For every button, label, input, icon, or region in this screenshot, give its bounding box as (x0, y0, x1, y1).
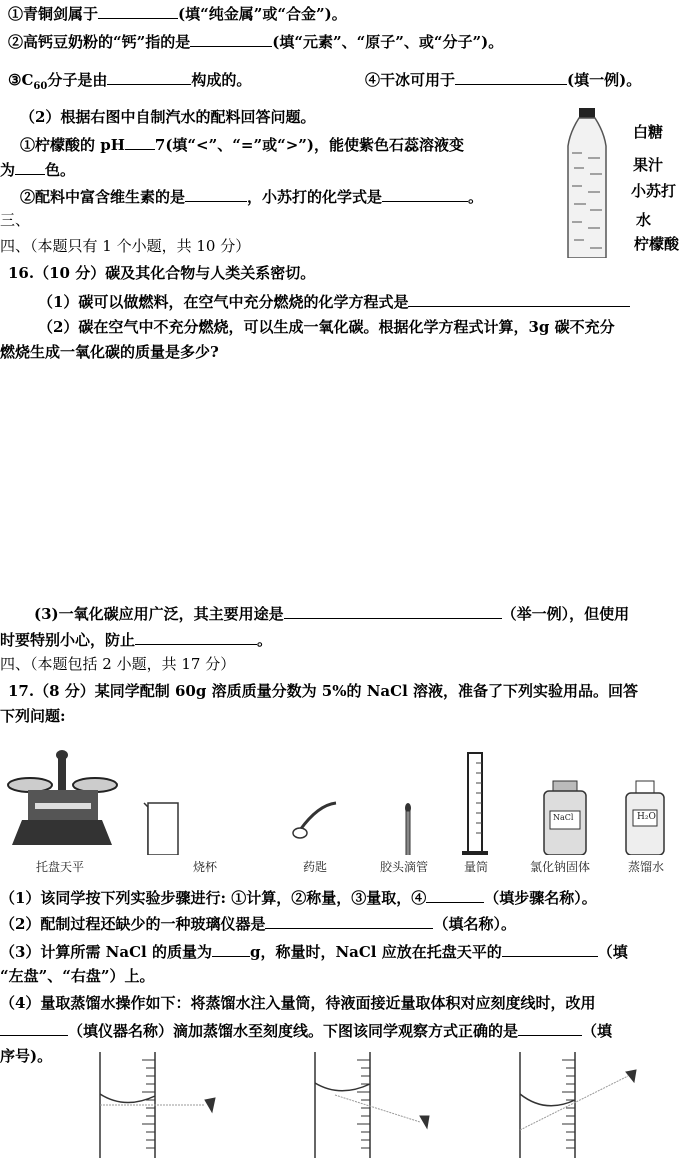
answer-blank[interactable] (265, 912, 433, 929)
section-3-label: 三、 (0, 210, 30, 230)
question-text: 构成的。 (191, 71, 251, 89)
question-text: (填“元素”、“原子”、或“分子”)。 (272, 33, 503, 51)
answer-blank[interactable] (15, 158, 45, 175)
question-text: (填一例)。 (567, 71, 641, 89)
equipment-label: 托盘天平 (36, 858, 84, 875)
question-text: （填仪器名称）滴加蒸馏水至刻度线。下图该同学观察方式正确的是 (68, 1022, 518, 1040)
ingredient-label: 水 (636, 210, 651, 230)
q17-step4-line2: （填仪器名称）滴加蒸馏水至刻度线。下图该同学观察方式正确的是（填 (0, 1019, 612, 1041)
lab-equipment-figure (0, 745, 689, 855)
q16-part3-line2: 时要特别小心，防止。 (0, 628, 272, 650)
answer-blank[interactable] (125, 133, 155, 150)
question-text: ②高钙豆奶粉的“钙”指的是 (8, 33, 190, 51)
answer-blank[interactable] (518, 1019, 582, 1036)
equipment-label: 胶头滴管 (380, 858, 428, 875)
ingredient-label: 白糖 (633, 122, 663, 142)
subscript: 60 (33, 81, 47, 92)
question-text: (填“纯金属”或“合金”)。 (178, 5, 347, 23)
equipment-label: 量筒 (464, 858, 488, 875)
question-text: (3)一氧化碳应用广泛，其主要用途是 (34, 605, 284, 623)
answer-blank[interactable] (135, 628, 257, 645)
ingredient-label: 果汁 (633, 155, 663, 175)
reading-option-3-icon (520, 1052, 636, 1158)
answer-blank[interactable] (107, 68, 191, 85)
q17-title-line2: 下列问题: (0, 706, 66, 726)
q17-title-line1: 17.（8 分）某同学配制 60g 溶质质量分数为 5%的 NaCl 溶液，准备… (8, 681, 638, 701)
reading-option-2-icon (315, 1052, 429, 1158)
question-text: 为 (0, 161, 15, 179)
q17-step3-line2: “左盘”、“右盘”）上。 (0, 966, 155, 986)
question-text: （填名称）。 (433, 915, 516, 933)
answer-blank[interactable] (190, 30, 272, 47)
meniscus-reading-figure (90, 1050, 650, 1160)
q16-part1: （1）碳可以做燃料，在空气中充分燃烧的化学方程式是 (38, 290, 630, 312)
question-text: （填 (582, 1022, 612, 1040)
question-text: g，称量时，NaCl 应放在托盘天平的 (250, 943, 502, 961)
question-c60: ③C60分子是由构成的。 (8, 68, 251, 97)
question-text: （填 (598, 943, 628, 961)
answer-blank[interactable] (284, 602, 502, 619)
q16-title: 16.（10 分）碳及其化合物与人类关系密切。 (8, 263, 315, 283)
question-text: ①柠檬酸的 pH (20, 136, 125, 154)
answer-blank[interactable] (185, 185, 247, 202)
question-citric-ph: ①柠檬酸的 pH7(填“<”、“=”或“>”)，能使紫色石蕊溶液变 (20, 133, 464, 155)
question-text: 。 (468, 188, 483, 206)
section-4b-heading: 四、（本题包括 2 小题，共 17 分） (0, 654, 235, 674)
q16-part3-line1: (3)一氧化碳应用广泛，其主要用途是（举一例），但使用 (34, 602, 629, 624)
spatula-icon (293, 803, 336, 838)
question-text: （举一例），但使用 (502, 605, 630, 623)
question-bronze: ①青铜剑属于(填“纯金属”或“合金”)。 (8, 2, 347, 24)
nacl-label: NaCl (553, 813, 573, 822)
question-text: （1）碳可以做燃料，在空气中充分燃烧的化学方程式是 (38, 293, 408, 311)
balance-icon (8, 750, 117, 845)
equipment-label: 烧杯 (193, 858, 217, 875)
answer-blank[interactable] (212, 940, 250, 957)
equipment-label: 药匙 (303, 858, 327, 875)
q17-step2: （2）配制过程还缺少的一种玻璃仪器是（填名称）。 (0, 912, 516, 934)
answer-blank[interactable] (426, 886, 484, 903)
answer-blank[interactable] (0, 1019, 68, 1036)
question-text: ①青铜剑属于 (8, 5, 98, 23)
question-dry-ice: ④干冰可用于(填一例)。 (365, 68, 641, 90)
answer-blank[interactable] (382, 185, 468, 202)
answer-blank[interactable] (455, 68, 567, 85)
q17-step4-line3: 序号)。 (0, 1046, 52, 1066)
question-text: （填步骤名称）。 (484, 889, 597, 907)
answer-blank[interactable] (98, 2, 178, 19)
ingredient-label: 小苏打 (631, 181, 676, 201)
dropper-icon (405, 803, 411, 855)
question-text: 时要特别小心，防止 (0, 631, 135, 649)
question-text: 色。 (45, 161, 75, 179)
question-text: 分子是由 (47, 71, 107, 89)
question-text: ④干冰可用于 (365, 71, 455, 89)
question-text: （2）配制过程还缺少的一种玻璃仪器是 (0, 915, 265, 933)
q17-step3-line1: （3）计算所需 NaCl 的质量为g，称量时，NaCl 应放在托盘天平的（填 (0, 940, 628, 962)
graduated-cylinder-icon (462, 753, 488, 855)
question-text: （1）该同学按下列实验步骤进行: ①计算，②称量，③量取，④ (0, 889, 426, 907)
question-litmus-color: 为色。 (0, 158, 75, 180)
soda-bottle-icon (562, 108, 612, 258)
question-text: ③C (8, 71, 33, 89)
reading-option-1-icon (100, 1052, 215, 1158)
question-text: （3）计算所需 NaCl 的质量为 (0, 943, 212, 961)
water-label: H₂O (637, 812, 656, 822)
question-text: 7(填“<”、“=”或“>”)，能使紫色石蕊溶液变 (155, 136, 464, 154)
q16-part2-line2: 燃烧生成一氧化碳的质量是多少? (0, 342, 219, 362)
answer-blank[interactable] (408, 290, 630, 307)
q16-part2-line1: （2）碳在空气中不充分燃烧，可以生成一氧化碳。根据化学方程式计算，3g 碳不充分 (38, 317, 615, 337)
answer-blank[interactable] (502, 940, 598, 957)
section-4-heading: 四、（本题只有 1 个小题，共 10 分） (0, 236, 250, 256)
equipment-label: 氯化钠固体 (530, 858, 590, 875)
q17-step1: （1）该同学按下列实验步骤进行: ①计算，②称量，③量取，④（填步骤名称）。 (0, 886, 597, 908)
part2-title: （2）根据右图中自制汽水的配料回答问题。 (20, 107, 315, 127)
ingredient-label: 柠檬酸 (634, 234, 679, 254)
question-calcium: ②高钙豆奶粉的“钙”指的是(填“元素”、“原子”、或“分子”)。 (8, 30, 503, 52)
equipment-label: 蒸馏水 (628, 858, 664, 875)
question-text: ②配料中富含维生素的是 (20, 188, 185, 206)
beaker-icon (144, 803, 178, 855)
question-vitamin: ②配料中富含维生素的是，小苏打的化学式是。 (20, 185, 483, 207)
q17-step4-line1: （4）量取蒸馏水操作如下：将蒸馏水注入量筒，待液面接近量取体积对应刻度线时，改用 (0, 993, 595, 1013)
question-text: ，小苏打的化学式是 (247, 188, 382, 206)
question-text: 。 (257, 631, 272, 649)
